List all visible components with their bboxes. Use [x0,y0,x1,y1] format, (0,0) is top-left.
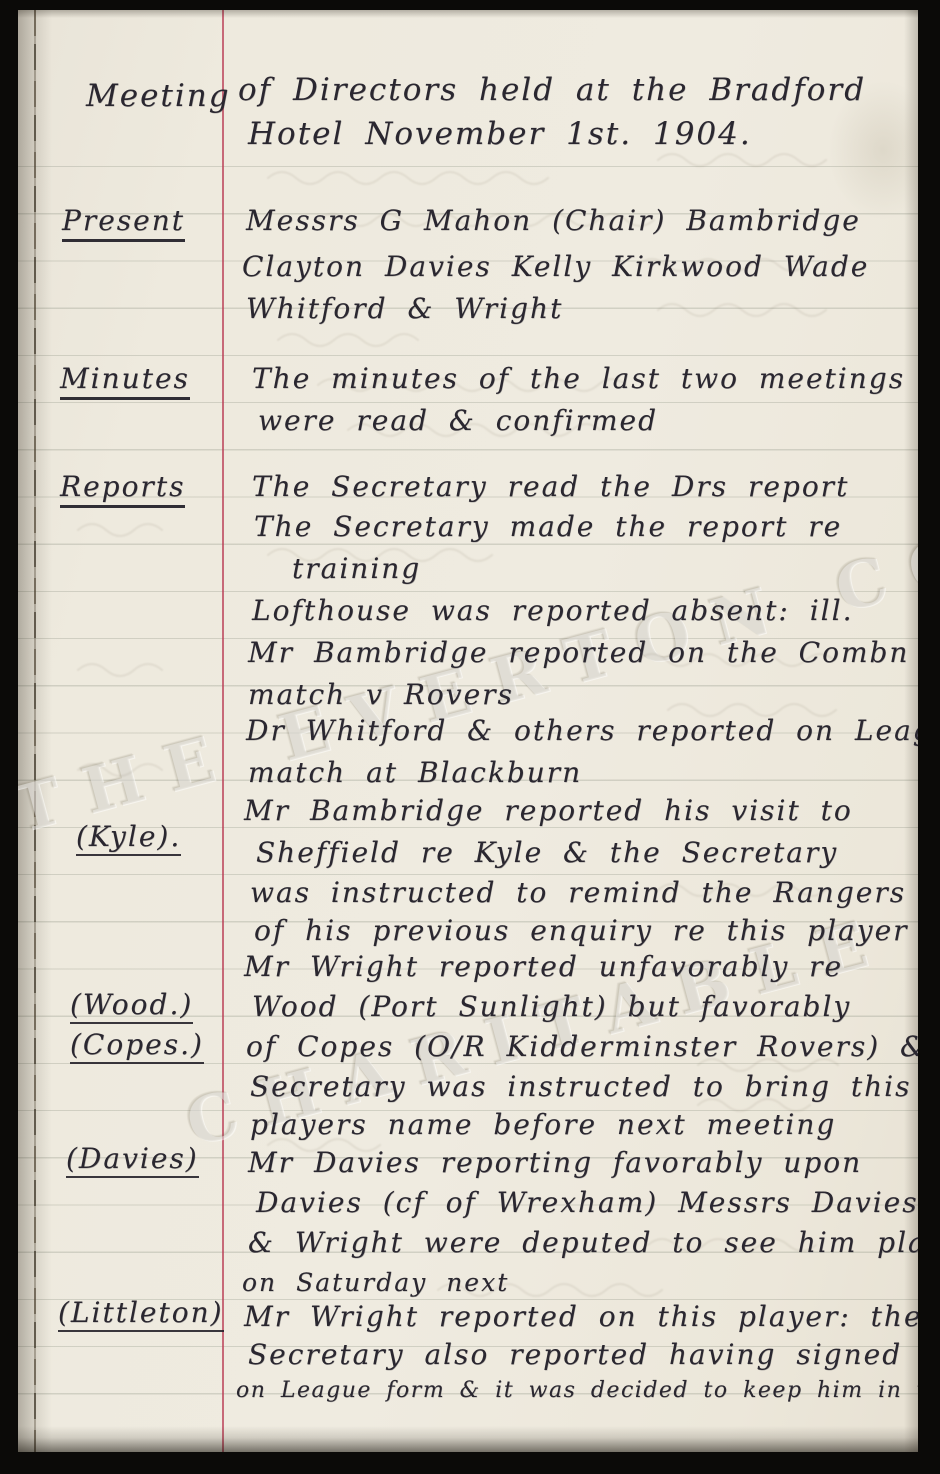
gutter-shadow [18,10,52,1452]
heading-line: Hotel November 1st. 1904. [248,116,752,152]
reports-line: Davies (cf of Wrexham) Messrs Davies [256,1186,918,1219]
reports-line: The Secretary made the report re [254,510,842,543]
reports-line: The Secretary read the Drs report [252,470,849,503]
reports-line: on League form & it was decided to keep … [236,1378,918,1403]
present-line: Whitford & Wright [246,292,563,325]
bottom-edge-shadow [18,1426,918,1452]
margin-label-meeting: Meeting [86,78,231,114]
reports-line: Sheffield re Kyle & the Secretary [256,836,838,869]
margin-note-wood-text: (Wood.) [70,988,193,1024]
red-margin-line [222,10,224,1452]
reports-line: Mr Wright reported unfavorably re [244,950,843,983]
minute-book-page: THE EVERTON COLLECTION CHARITABLE TRUST [18,10,918,1452]
reports-line: Lofthouse was reported absent: ill. [252,594,853,627]
margin-note-kyle: (Kyle). [76,820,181,853]
margin-label-present-text: Present [62,204,185,242]
minutes-line: The minutes of the last two meetings [252,362,905,395]
margin-label-minutes-text: Minutes [60,362,190,400]
reports-line: on Saturday next [242,1268,509,1297]
margin-note-copes-text: (Copes.) [70,1028,204,1064]
reports-line: of his previous enquiry re this player [254,914,909,947]
top-edge-shadow [18,10,918,18]
margin-note-davies-text: (Davies) [66,1142,199,1178]
margin-label-present: Present [62,204,185,237]
present-line: Messrs G Mahon (Chair) Bambridge [246,204,861,237]
reports-line: Dr Whitford & others reported on League [246,714,918,747]
reports-line: Wood (Port Sunlight) but favorably [252,990,851,1023]
reports-line: Mr Davies reporting favorably upon [248,1146,862,1179]
reports-line: Secretary also reported having signed hi… [248,1338,918,1371]
margin-note-littleton-text: (Littleton) [58,1296,224,1332]
present-line: Clayton Davies Kelly Kirkwood Wade [242,250,869,283]
reports-line: Mr Bambridge reported on the Combn [248,636,909,669]
reports-line: match at Blackburn [248,756,582,789]
margin-label-reports-text: Reports [60,470,185,508]
reports-line: players name before next meeting [250,1108,836,1141]
reports-line: training [292,552,421,585]
margin-note-davies: (Davies) [66,1142,199,1175]
reports-line: & Wright were deputed to see him play [248,1226,918,1259]
reports-line: Mr Bambridge reported his visit to [244,794,853,827]
reports-line: of Copes (O/R Kidderminster Rovers) & th… [246,1030,918,1063]
reports-line: was instructed to remind the Rangers [250,876,906,909]
margin-note-kyle-text: (Kyle). [76,820,181,856]
margin-label-minutes: Minutes [60,362,190,395]
reports-line: Secretary was instructed to bring this [250,1070,911,1103]
reports-line: Mr Wright reported on this player: the [244,1300,918,1333]
margin-note-wood: (Wood.) [70,988,193,1021]
heading-line: of Directors held at the Bradford [238,72,866,108]
reports-line: match v Rovers [248,678,514,711]
margin-note-copes: (Copes.) [70,1028,204,1061]
margin-note-littleton: (Littleton) [58,1296,224,1329]
minutes-line: were read & confirmed [258,404,658,437]
margin-label-reports: Reports [60,470,185,503]
scanned-page-frame: THE EVERTON COLLECTION CHARITABLE TRUST [0,0,940,1474]
